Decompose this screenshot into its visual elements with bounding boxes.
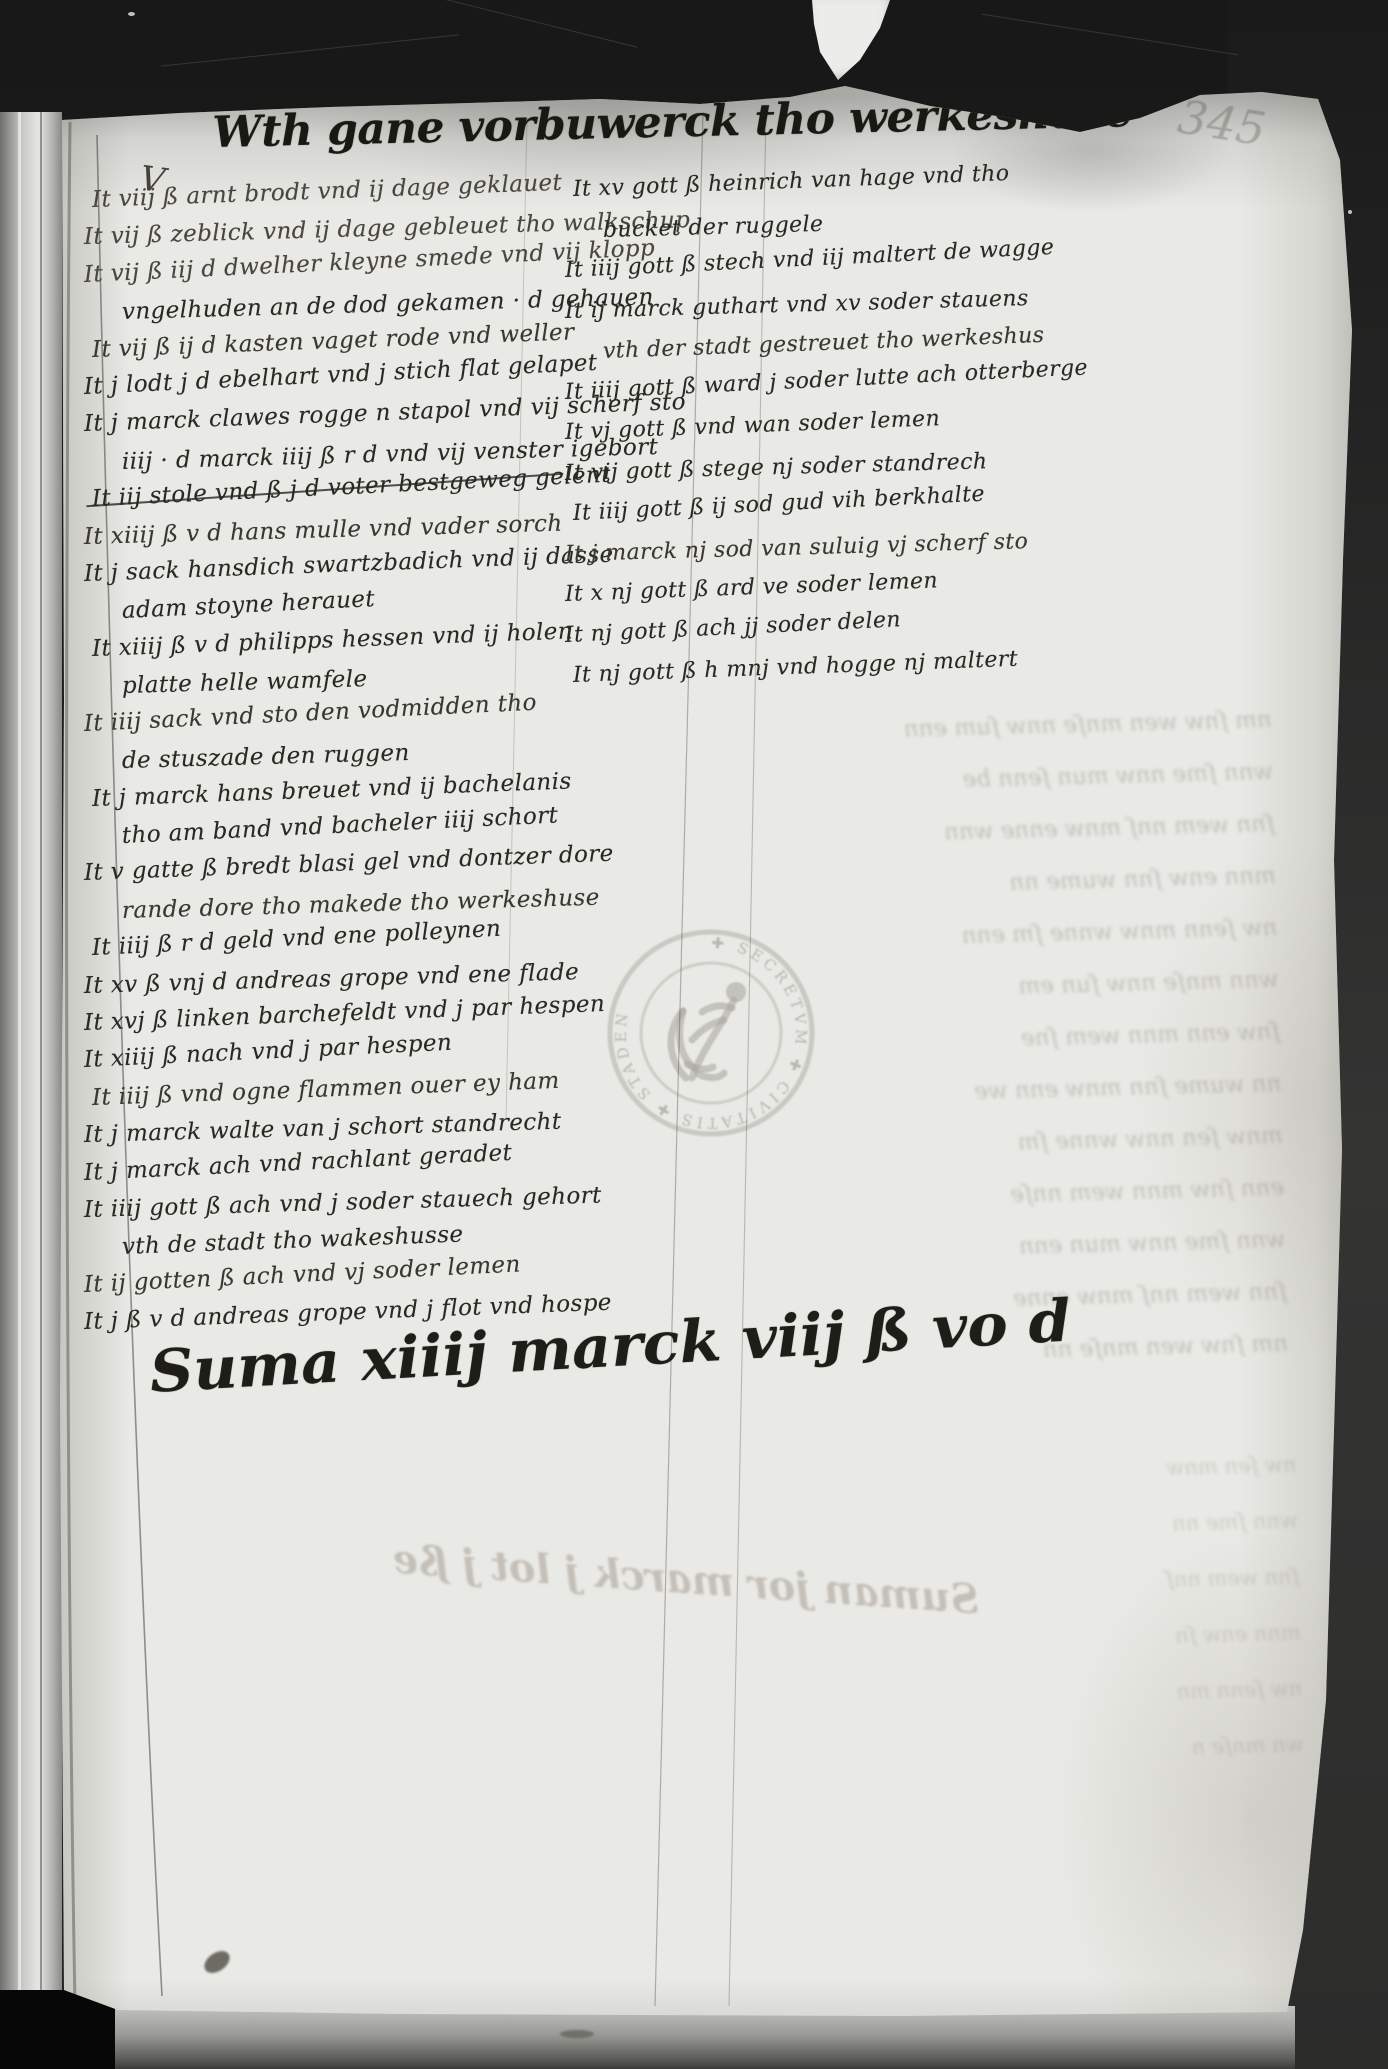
edge-mark bbox=[560, 2030, 594, 2038]
dust-speck bbox=[1348, 210, 1352, 214]
bleed-line: ſnn wem nnſ bbox=[1019, 1548, 1300, 1611]
bleed-line: wn mnſe n bbox=[1023, 1716, 1304, 1779]
scratch-mark bbox=[161, 34, 459, 66]
page-heading: Wth gane vorbuwerck tho werkeshuse bbox=[212, 87, 1133, 158]
manuscript-photo: ✚ SECRETVM ✚ CIVITATIS ✚ STADEN bbox=[0, 0, 1388, 2069]
book-fore-edge bbox=[115, 2006, 1295, 2069]
dust-speck bbox=[128, 12, 135, 16]
ink-smudge bbox=[200, 1947, 233, 1978]
scratch-mark bbox=[423, 0, 637, 48]
book-gutter-pages bbox=[0, 112, 62, 1996]
bleed-line: nw ſen mnw bbox=[1016, 1436, 1297, 1499]
bleedthrough-text-upper: nm ſnw wen mnſe nnw ſum ennwnn ſme nnw m… bbox=[791, 694, 1289, 1382]
city-seal-watermark: ✚ SECRETVM ✚ CIVITATIS ✚ STADEN bbox=[604, 926, 818, 1140]
bleed-line: nw ſenn mn bbox=[1022, 1660, 1303, 1723]
summa-ghost-mirrored: Suman jor marck j lot j ße bbox=[391, 1536, 980, 1624]
folio-number: 345 bbox=[1174, 89, 1269, 156]
lion-rampant-icon bbox=[671, 1000, 734, 1078]
bleedthrough-text-lower: nw ſen mnwwnn ſme nnſnn wem nnſmnn enw ſ… bbox=[1016, 1436, 1305, 1779]
left-entry-column: It viij ß arnt brodt vnd ij dage geklaue… bbox=[84, 182, 604, 1342]
manuscript-page: ✚ SECRETVM ✚ CIVITATIS ✚ STADEN bbox=[0, 0, 1388, 2069]
paper-tape-patch bbox=[806, 0, 890, 84]
lion-head bbox=[726, 982, 746, 1002]
bleed-line: mnn enw ſn bbox=[1020, 1604, 1301, 1667]
scratch-mark bbox=[982, 14, 1239, 56]
bleed-line: wnn ſme nn bbox=[1017, 1492, 1298, 1555]
right-entry-column: It xv gott ß heinrich van hage vnd thobu… bbox=[565, 170, 1005, 697]
